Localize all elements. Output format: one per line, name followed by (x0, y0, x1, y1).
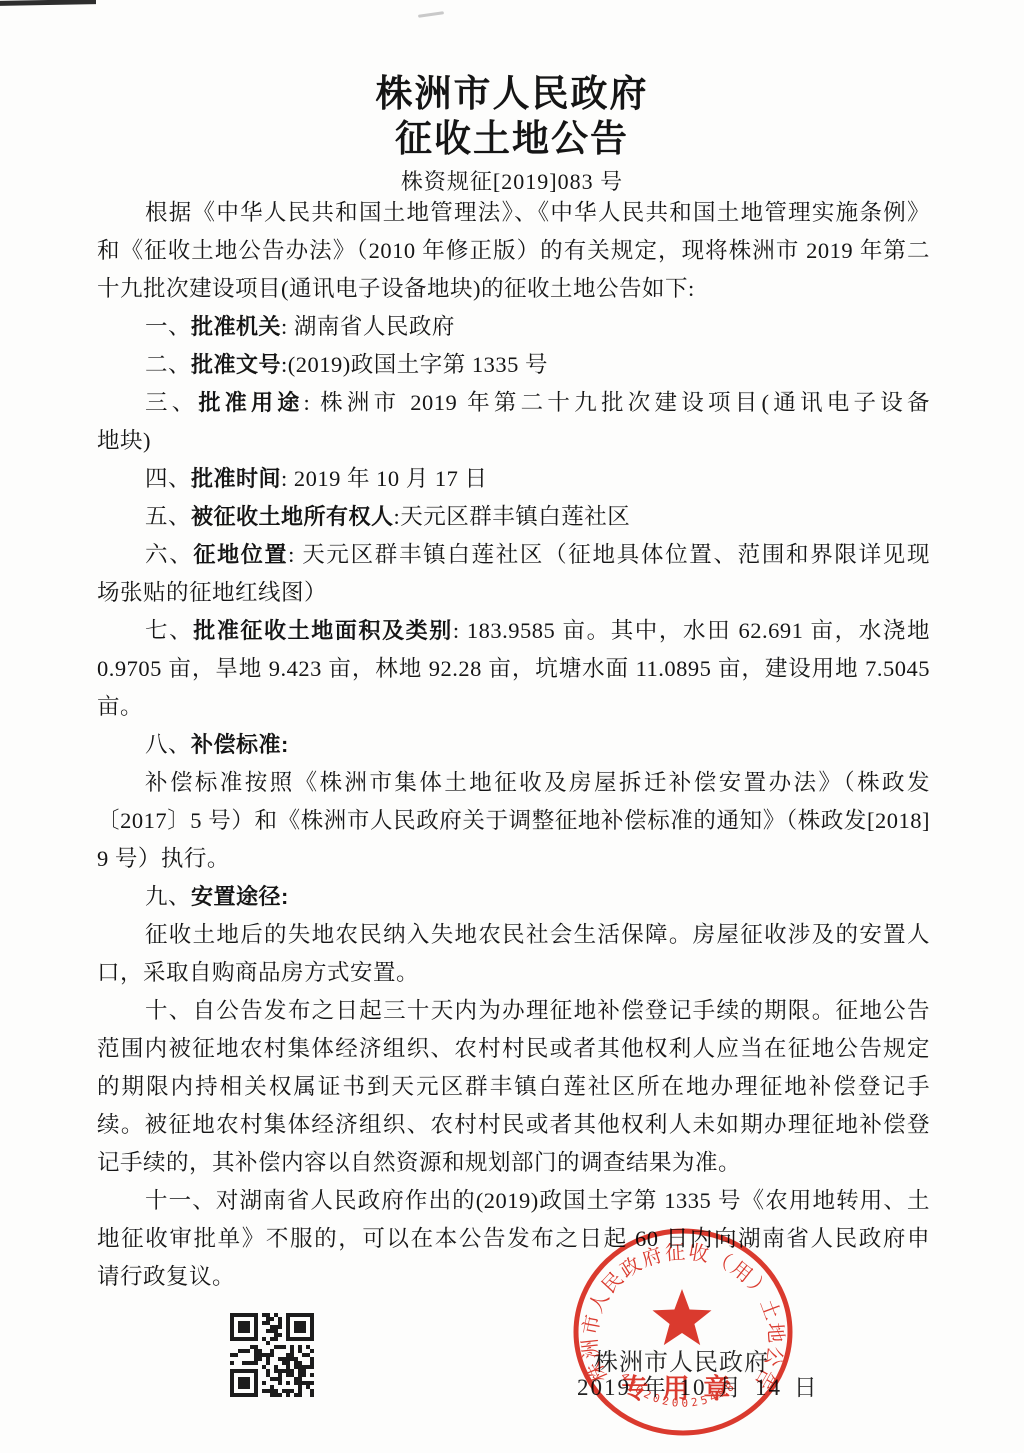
text-line: 口，采取自购商品房方式安置。 (97, 954, 930, 992)
text-line: 六、征地位置: 天元区群丰镇白莲社区（征地具体位置、范围和界限详见现 (97, 536, 930, 574)
text-line: 补偿标准按照《株洲市集体土地征收及房屋拆迁补偿安置办法》（株政发 (97, 764, 930, 802)
text-line: 续。被征地农村集体经济组织、农村村民或者其他权利人未如期办理征地补偿登 (97, 1106, 930, 1144)
text-line: 五、被征收土地所有权人:天元区群丰镇白莲社区 (97, 498, 930, 536)
text-line: 范围内被征地农村集体经济组织、农村村民或者其他权利人应当在征地公告规定 (97, 1030, 930, 1068)
text-line: 地块) (97, 422, 930, 460)
qr-code (230, 1313, 314, 1397)
text-line: 9 号）执行。 (97, 840, 930, 878)
seal-star-icon (653, 1289, 712, 1345)
text-line: 八、补偿标准: (97, 726, 930, 764)
body-text: 根据《中华人民共和国土地管理法》、《中华人民共和国土地管理实施条例》和《征收土地… (97, 194, 930, 1296)
scan-artifact (0, 0, 96, 6)
document-title-line1: 株洲市人民政府 (0, 72, 1024, 117)
text-line: 三、批准用途: 株洲市 2019 年第二十九批次建设项目(通讯电子设备 (97, 384, 930, 422)
text-line: 地征收审批单》不服的，可以在本公告发布之日起 60 日内向湖南省人民政府申 (97, 1220, 930, 1258)
text-line: 请行政复议。 (97, 1258, 930, 1296)
document-title-line2: 征收土地公告 (0, 117, 1024, 162)
text-line: 的期限内持相关权属证书到天元区群丰镇白莲社区所在地办理征地补偿登记手 (97, 1068, 930, 1106)
text-line: 十、自公告发布之日起三十天内为办理征地补偿登记手续的期限。征地公告 (97, 992, 930, 1030)
official-seal: 株洲市人民政府征收（用）土地公告 专用章 4302020025498 (570, 1226, 796, 1440)
document-header: 株洲市人民政府 征收土地公告 株资规征[2019]083 号 (0, 72, 1024, 198)
text-line: 九、安置途径: (97, 878, 930, 916)
text-line: 十九批次建设项目(通讯电子设备地块)的征收土地公告如下: (97, 270, 930, 308)
text-line: 场张贴的征地红线图） (97, 574, 930, 612)
scan-smudge (418, 11, 444, 18)
text-line: 四、批准时间: 2019 年 10 月 17 日 (97, 460, 930, 498)
text-line: 二、批准文号:(2019)政国土字第 1335 号 (97, 346, 930, 384)
text-line: 记手续的，其补偿内容以自然资源和规划部门的调查结果为准。 (97, 1144, 930, 1182)
document-page: 株洲市人民政府 征收土地公告 株资规征[2019]083 号 根据《中华人民共和… (0, 0, 1024, 1453)
text-line: 一、批准机关: 湖南省人民政府 (97, 308, 930, 346)
text-line: 根据《中华人民共和国土地管理法》、《中华人民共和国土地管理实施条例》 (97, 194, 930, 232)
text-line: 和《征收土地公告办法》（2010 年修正版）的有关规定，现将株洲市 2019 年… (97, 232, 930, 270)
text-line: 七、批准征收土地面积及类别: 183.9585 亩。其中，水田 62.691 亩… (97, 612, 930, 650)
text-line: 征收土地后的失地农民纳入失地农民社会生活保障。房屋征收涉及的安置人 (97, 916, 930, 954)
text-line: 〔2017〕5 号）和《株洲市人民政府关于调整征地补偿标准的通知》（株政发[20… (97, 802, 930, 840)
text-line: 亩。 (97, 688, 930, 726)
text-line: 十一、对湖南省人民政府作出的(2019)政国土字第 1335 号《农用地转用、土 (97, 1182, 930, 1220)
text-line: 0.9705 亩，旱地 9.423 亩，林地 92.28 亩，坑塘水面 11.0… (97, 650, 930, 688)
